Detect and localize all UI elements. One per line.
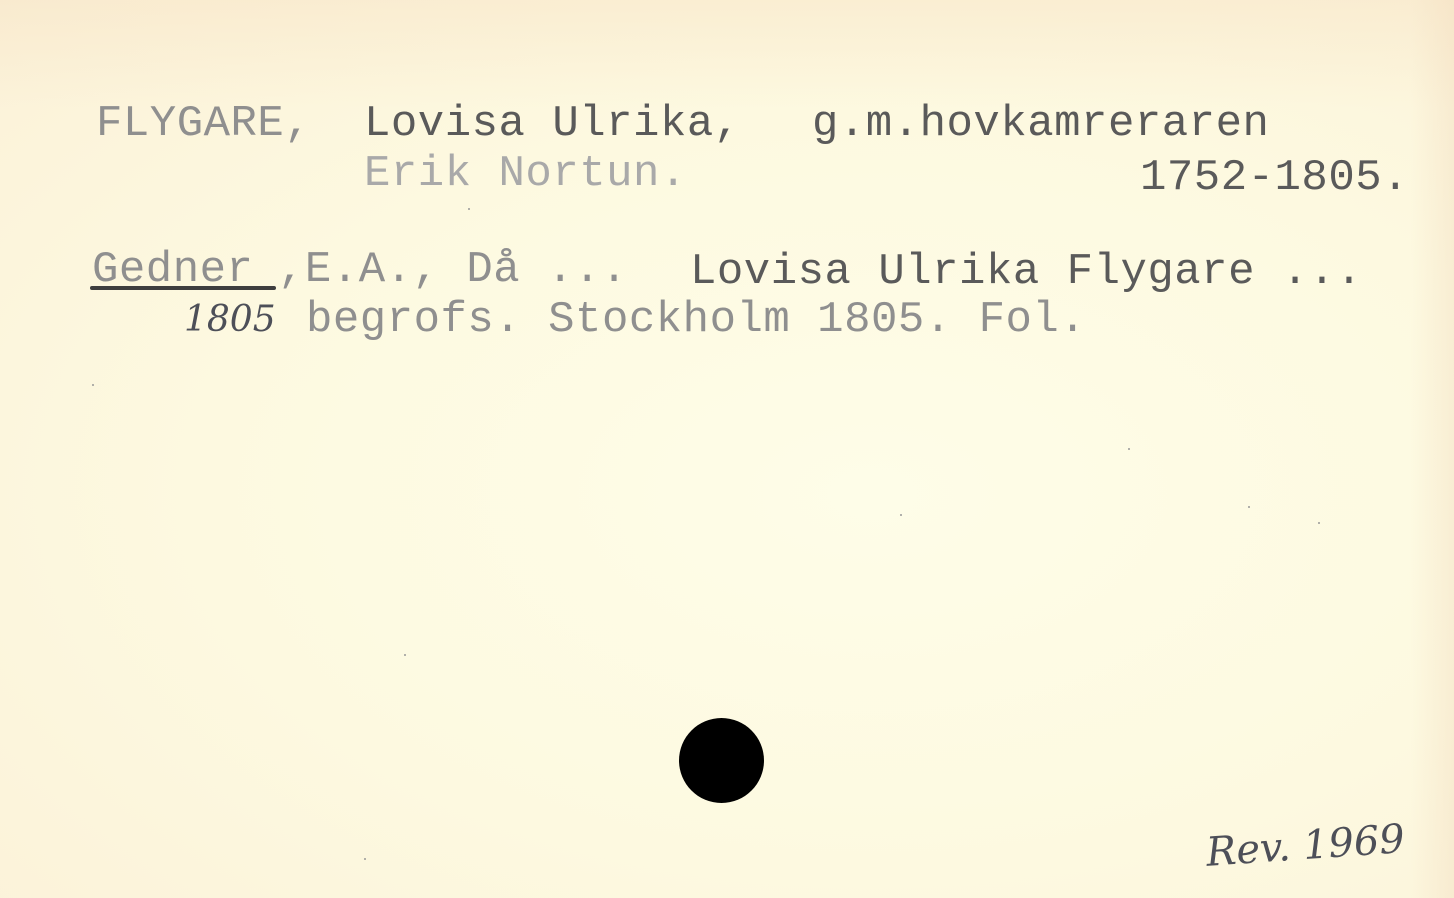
- paper-speck: [92, 384, 94, 386]
- punch-hole: [679, 718, 764, 803]
- paper-speck: [404, 654, 406, 656]
- paper-speck: [1248, 506, 1250, 508]
- life-dates: 1752-1805.: [1140, 156, 1409, 200]
- revision-note: Rev. 1969: [1205, 819, 1406, 873]
- paper-speck: [1318, 522, 1320, 524]
- spouse-name: Erik Nortun.: [364, 152, 687, 196]
- surname: FLYGARE,: [96, 102, 311, 146]
- handwritten-year: 1805: [184, 302, 276, 338]
- paper-speck: [1128, 448, 1130, 450]
- paper-speck: [900, 514, 902, 516]
- reference-title-part2: begrofs. Stockholm 1805. Fol.: [306, 298, 1086, 342]
- paper-speck: [468, 208, 470, 210]
- reference-author-rest: ,E.A., Då ...: [278, 248, 655, 292]
- paper-speck: [364, 858, 366, 860]
- catalog-card: FLYGARE, Lovisa Ulrika, g.m.hovkamrerare…: [0, 0, 1454, 898]
- author-underline: [90, 286, 276, 290]
- relation: g.m.hovkamreraren: [812, 102, 1269, 146]
- given-names: Lovisa Ulrika,: [364, 102, 741, 146]
- reference-title-part1: Lovisa Ulrika Flygare ...: [690, 250, 1363, 294]
